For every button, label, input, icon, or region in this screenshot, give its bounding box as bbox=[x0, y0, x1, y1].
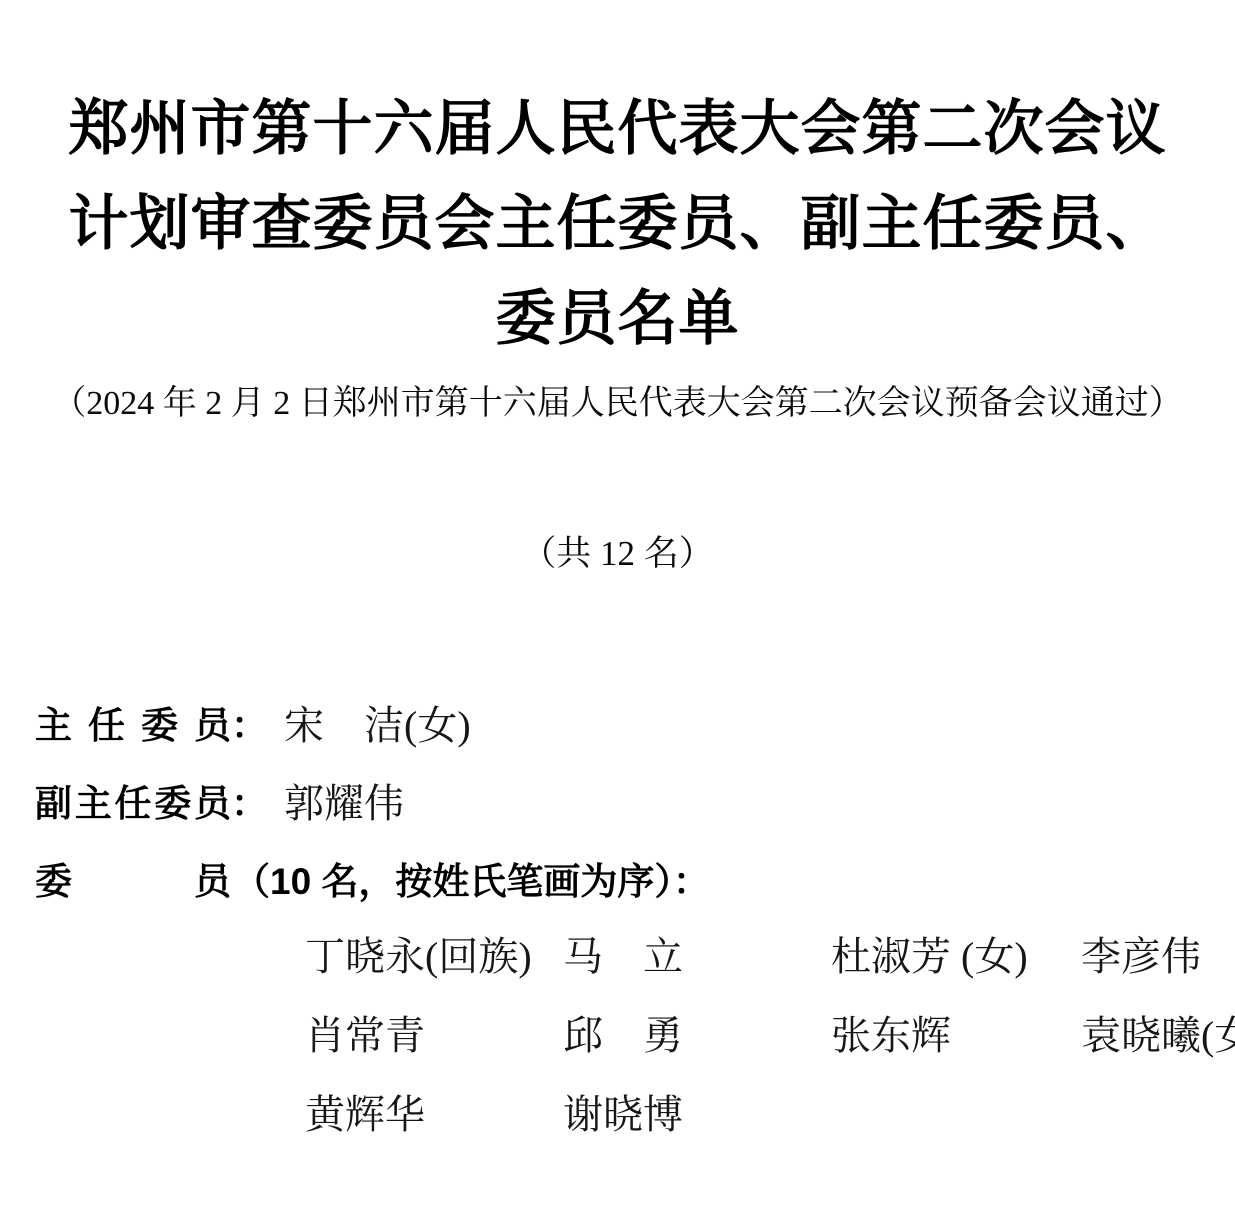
title-line-3: 委员名单 bbox=[0, 272, 1235, 367]
title-line-2: 计划审查委员会主任委员、副主任委员、 bbox=[0, 177, 1235, 272]
member-name: 李彦伟 bbox=[1081, 917, 1235, 996]
members-grid: 丁晓永(回族) 马 立 杜淑芳 (女) 李彦伟 肖常青 邱 勇 张东辉 袁晓曦(… bbox=[305, 917, 1235, 1154]
member-name: 邱 勇 bbox=[563, 996, 831, 1075]
member-name: 谢晓博 bbox=[563, 1075, 831, 1154]
chairman-row: 主任委员： 宋 洁(女) bbox=[35, 683, 1235, 761]
member-name: 肖常青 bbox=[305, 996, 563, 1075]
vice-chairman-row: 副主任委员： 郭耀伟 bbox=[35, 761, 1235, 839]
member-name: 马 立 bbox=[563, 917, 831, 996]
roster-body: 主任委员： 宋 洁(女) 副主任委员： 郭耀伟 委员 （10 名，按姓氏笔画为序… bbox=[0, 683, 1235, 1154]
member-name: 袁晓曦(女) bbox=[1081, 996, 1235, 1075]
approval-note: （2024 年 2 月 2 日郑州市第十六届人民代表大会第二次会议预备会议通过） bbox=[0, 379, 1235, 429]
members-role-label: 委员 bbox=[35, 851, 231, 905]
member-name: 杜淑芳 (女) bbox=[831, 917, 1081, 996]
chairman-role-label: 主任委员 bbox=[35, 695, 231, 749]
members-heading-note: （10 名，按姓氏笔画为序）： bbox=[233, 851, 710, 905]
title-line-1: 郑州市第十六届人民代表大会第二次会议 bbox=[0, 82, 1235, 177]
vice-chairman-name: 郭耀伟 bbox=[284, 772, 404, 829]
member-name: 黄辉华 bbox=[305, 1075, 563, 1154]
document-page: 郑州市第十六届人民代表大会第二次会议 计划审查委员会主任委员、副主任委员、 委员… bbox=[0, 0, 1235, 1216]
chairman-role-colon: ： bbox=[231, 695, 268, 749]
member-name: 张东辉 bbox=[831, 996, 1081, 1075]
members-heading-row: 委员 （10 名，按姓氏笔画为序）： bbox=[35, 839, 1235, 917]
chairman-name: 宋 洁(女) bbox=[284, 694, 471, 751]
vice-chairman-role-colon: ： bbox=[231, 773, 268, 827]
member-name: 丁晓永(回族) bbox=[305, 917, 563, 996]
document-title: 郑州市第十六届人民代表大会第二次会议 计划审查委员会主任委员、副主任委员、 委员… bbox=[0, 0, 1235, 367]
member-count-note: （共 12 名） bbox=[0, 529, 1235, 579]
vice-chairman-role-label: 副主任委员 bbox=[35, 773, 231, 827]
